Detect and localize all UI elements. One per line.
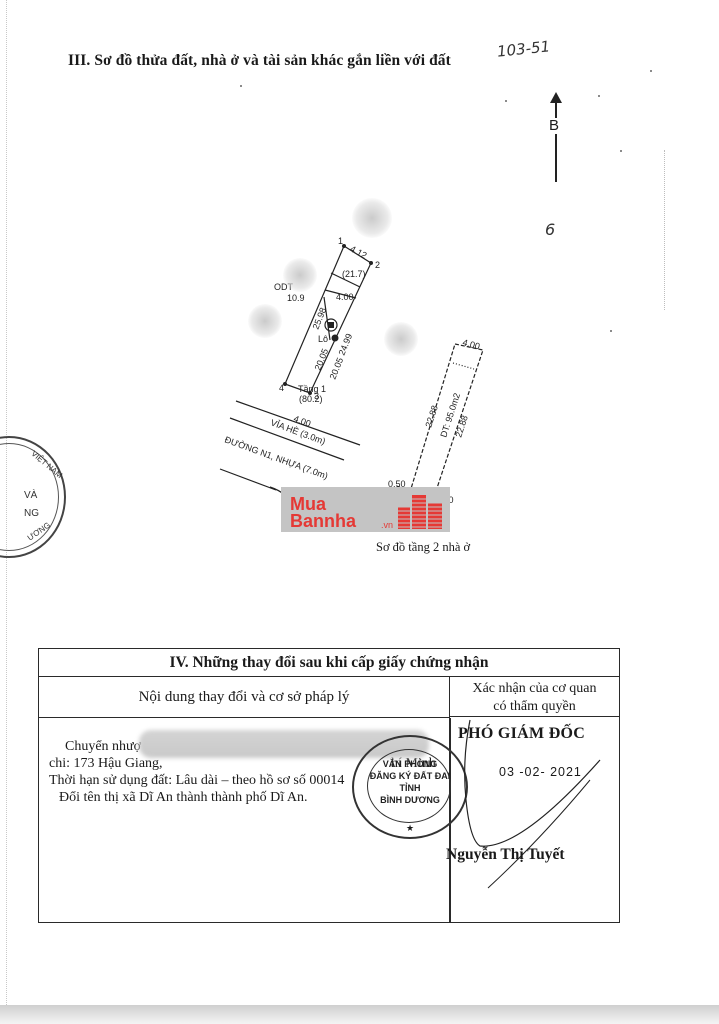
svg-text:4.00: 4.00 <box>461 337 481 351</box>
column-header-content: Nội dung thay đổi và cơ sở pháp lý <box>39 677 450 718</box>
svg-text:1: 1 <box>338 236 343 246</box>
changes-table-title: IV. Những thay đổi sau khi cấp giấy chứn… <box>39 649 619 677</box>
svg-text:24.99: 24.99 <box>337 332 355 357</box>
svg-text:Lô: Lô <box>318 334 328 344</box>
privacy-blur <box>248 304 282 338</box>
svg-text:(21.7): (21.7) <box>342 269 366 279</box>
signing-date: 03 -02- 2021 <box>499 765 582 779</box>
svg-text:20.05: 20.05 <box>313 347 331 372</box>
changes-table: IV. Những thay đổi sau khi cấp giấy chứn… <box>38 648 620 923</box>
svg-text:4: 4 <box>279 383 284 393</box>
svg-text:(80.2): (80.2) <box>299 394 323 404</box>
svg-text:4.12: 4.12 <box>348 244 368 261</box>
svg-text:4.00: 4.00 <box>336 292 354 302</box>
official-seal: VĂN PHÒNG ĐĂNG KÝ ĐẤT ĐAI TỈNH BÌNH DƯƠN… <box>352 735 468 839</box>
scan-bottom-edge <box>0 1005 719 1024</box>
privacy-blur <box>352 198 392 238</box>
content-line: Chuyển nhượ <box>65 738 141 756</box>
svg-text:22.88: 22.88 <box>453 414 469 439</box>
content-line: chi: 173 Hậu Giang, <box>49 755 163 773</box>
building-logo-icon <box>396 493 444 529</box>
svg-text:20.05: 20.05 <box>328 356 346 381</box>
svg-text:22.88: 22.88 <box>423 404 439 429</box>
plot-diagram: 1 2 3 4 4.12 (21.7) 4.00 ODT 10.9 25.98 … <box>0 0 719 640</box>
star-icon: ★ <box>406 823 414 834</box>
site-watermark: Mua Bannha .vn <box>281 487 450 532</box>
svg-text:Tầng 1: Tầng 1 <box>298 384 326 394</box>
signer-title: PHÓ GIÁM ĐỐC <box>458 725 585 743</box>
svg-text:2: 2 <box>375 260 380 270</box>
content-line: Đổi tên thị xã Dĩ An thành thành phố Dĩ … <box>59 789 307 807</box>
privacy-blur <box>283 258 317 292</box>
certificate-page: III. Sơ đồ thửa đất, nhà ở và tài sản kh… <box>0 0 719 1010</box>
privacy-blur <box>384 322 418 356</box>
svg-text:10.9: 10.9 <box>287 293 305 303</box>
floor2-caption: Sơ đồ tầng 2 nhà ở <box>376 540 470 555</box>
column-header-authority: Xác nhận của cơ quan có thẩm quyền <box>450 677 619 717</box>
content-line: Thời hạn sử dụng đất: Lâu dài – theo hồ … <box>49 772 344 790</box>
signer-name: Nguyễn Thị Tuyết <box>446 846 565 864</box>
